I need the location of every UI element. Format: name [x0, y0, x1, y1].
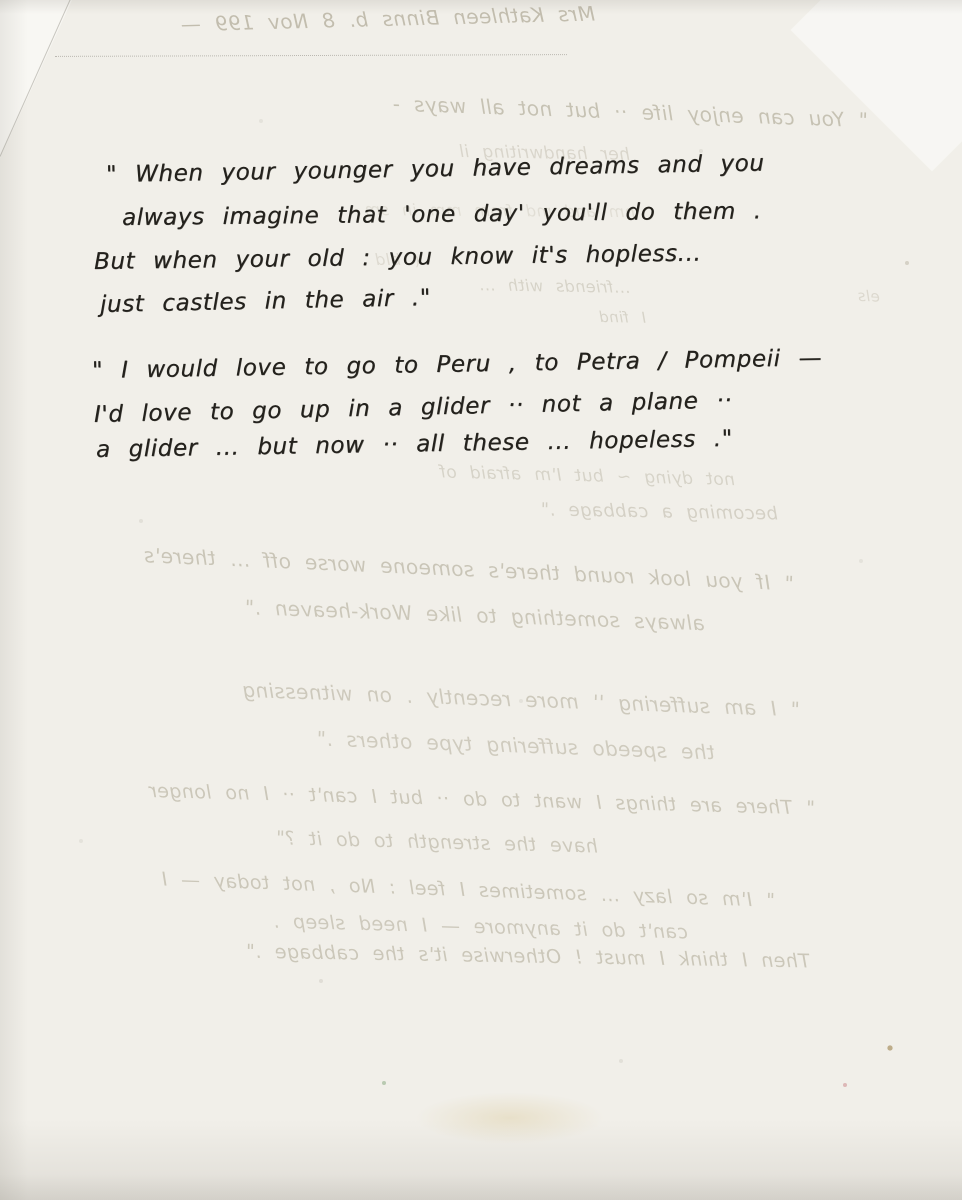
bleed-line: the speedo suffering type others ." [235, 724, 716, 765]
bleed-line: " I am suffering '' more recently . on w… [150, 675, 800, 722]
handwritten-line: I'd love to go up in a glider ·· not a p… [94, 388, 733, 428]
bleed-line: always something to like Work-heaven ." [175, 593, 706, 635]
edge-shadow-top [0, 0, 962, 14]
bleed-line: " You can enjoy life ·· but not all ways… [228, 86, 868, 132]
handwritten-line: But when your old : you know it's hoples… [94, 241, 702, 275]
paper-sheet: Mrs Kathleen Binns b. 8 Nov 199 — " You … [0, 0, 962, 1200]
handwritten-line: just castles in the air ." [100, 285, 431, 318]
bleed-line: becoming a cabbage ." [378, 497, 778, 525]
handwritten-line: " I would love to go to Peru , to Petra … [92, 345, 823, 384]
bleed-line: can't do it anymore — I need sleep . [118, 907, 688, 944]
bleed-line: have the strength to do it ?" [168, 824, 598, 857]
bleed-line: els [790, 284, 881, 305]
bleed-line: " There are things I want to do ·· but I… [95, 779, 815, 820]
handwritten-line: a glider ... but now ·· all these ... ho… [96, 426, 733, 463]
bleed-line: ...friends with ... [420, 274, 630, 297]
bleed-line: I find [556, 307, 646, 327]
edge-shadow-bottom-inner [0, 1174, 962, 1200]
bleed-line: Then I think I must ! Otherwise it's the… [70, 938, 810, 973]
crease-line [55, 54, 567, 57]
handwritten-line: " When your younger you have dreams and … [106, 151, 765, 188]
bleed-line: " If you look round there's someone wors… [84, 541, 794, 596]
corner-crease [791, 0, 962, 171]
handwritten-line: always imagine that 'one day' you'll do … [122, 198, 762, 231]
edge-shadow-left [0, 0, 28, 1200]
bleed-line: " I'm so lazy ... sometimes I feel : No … [95, 866, 775, 912]
